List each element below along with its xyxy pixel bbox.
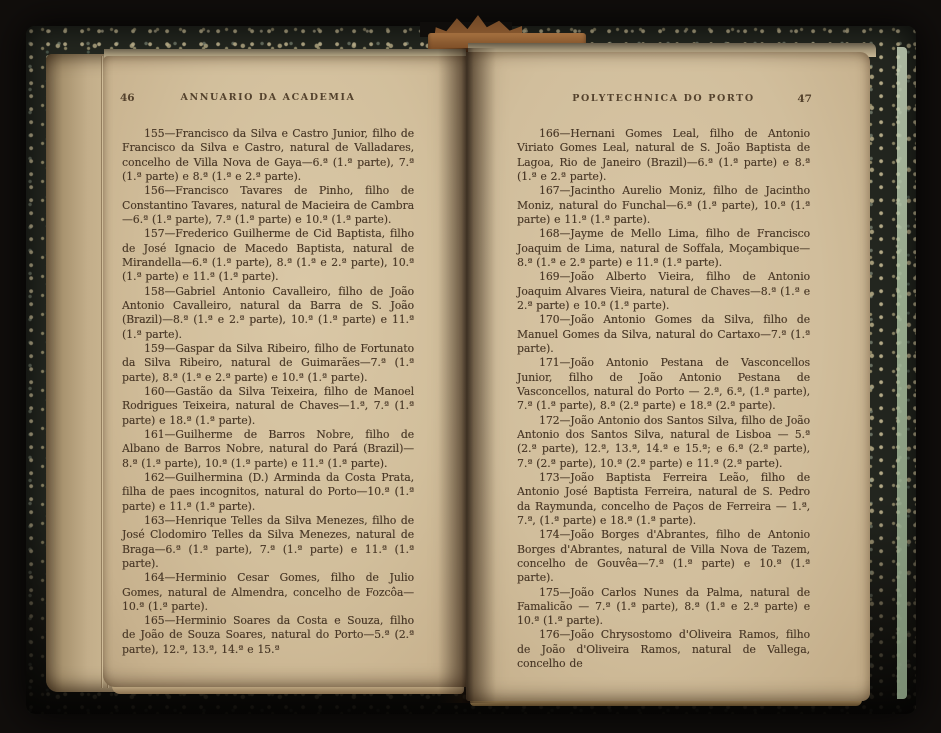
book-entry: 160—Gastão da Silva Teixeira, filho de M… <box>122 385 414 428</box>
left-page-text: 155—Francisco da Silva e Castro Junior, … <box>122 127 414 657</box>
book-entry: 169—João Alberto Vieira, filho de Antoni… <box>517 270 810 313</box>
book-entry: 172—João Antonio dos Santos Silva, filho… <box>517 414 810 471</box>
right-page: POLYTECHNICA DO PORTO 47 166—Hernani Gom… <box>466 52 870 701</box>
book-entry: 170—João Antonio Gomes da Silva, filho d… <box>517 313 810 356</box>
book-entry: 158—Gabriel Antonio Cavalleiro, filho de… <box>122 285 414 342</box>
book-entry: 176—João Chrysostomo d'Oliveira Ramos, f… <box>517 628 810 671</box>
book-entry: 162—Guilhermina (D.) Arminda da Costa Pr… <box>122 471 414 514</box>
book-entry: 161—Guilherme de Barros Nobre, filho de … <box>122 428 414 471</box>
header-title-right: POLYTECHNICA DO PORTO <box>517 93 810 104</box>
page-edges-bottom-left <box>112 686 464 694</box>
right-page-text: 166—Hernani Gomes Leal, filho de Antonio… <box>517 127 810 671</box>
running-header-right: POLYTECHNICA DO PORTO 47 <box>517 93 810 107</box>
book-entry: 174—João Borges d'Abrantes, filho de Ant… <box>517 528 810 585</box>
book-entry: 171—João Antonio Pestana de Vasconcellos… <box>517 356 810 413</box>
book-entry: 165—Herminio Soares da Costa e Souza, fi… <box>122 614 414 657</box>
book-entry: 157—Frederico Guilherme de Cid Baptista,… <box>122 227 414 284</box>
book-entry: 159—Gaspar da Silva Ribeiro, filho de Fo… <box>122 342 414 385</box>
running-header-left: 46 ANNUARIO DA ACADEMIA <box>122 92 414 106</box>
fore-edge-endpaper <box>897 47 907 699</box>
book-entry: 164—Herminio Cesar Gomes, filho de Julio… <box>122 571 414 614</box>
book-entry: 163—Henrique Telles da Silva Menezes, fi… <box>122 514 414 571</box>
book-entry: 175—João Carlos Nunes da Palma, natural … <box>517 586 810 629</box>
book-entry: 168—Jayme de Mello Lima, filho de Franci… <box>517 227 810 270</box>
book-entry: 166—Hernani Gomes Leal, filho de Antonio… <box>517 127 810 184</box>
page-number-right: 47 <box>797 93 812 105</box>
book-entry: 156—Francisco Tavares de Pinho, filho de… <box>122 184 414 227</box>
left-page: 46 ANNUARIO DA ACADEMIA 155—Francisco da… <box>103 56 466 687</box>
book-entry: 173—João Baptista Ferreira Leão, filho d… <box>517 471 810 528</box>
book-entry: 167—Jacintho Aurelio Moniz, filho de Jac… <box>517 184 810 227</box>
header-title-left: ANNUARIO DA ACADEMIA <box>122 92 414 103</box>
open-book-photo: 46 ANNUARIO DA ACADEMIA 155—Francisco da… <box>0 0 941 733</box>
book-entry: 155—Francisco da Silva e Castro Junior, … <box>122 127 414 184</box>
